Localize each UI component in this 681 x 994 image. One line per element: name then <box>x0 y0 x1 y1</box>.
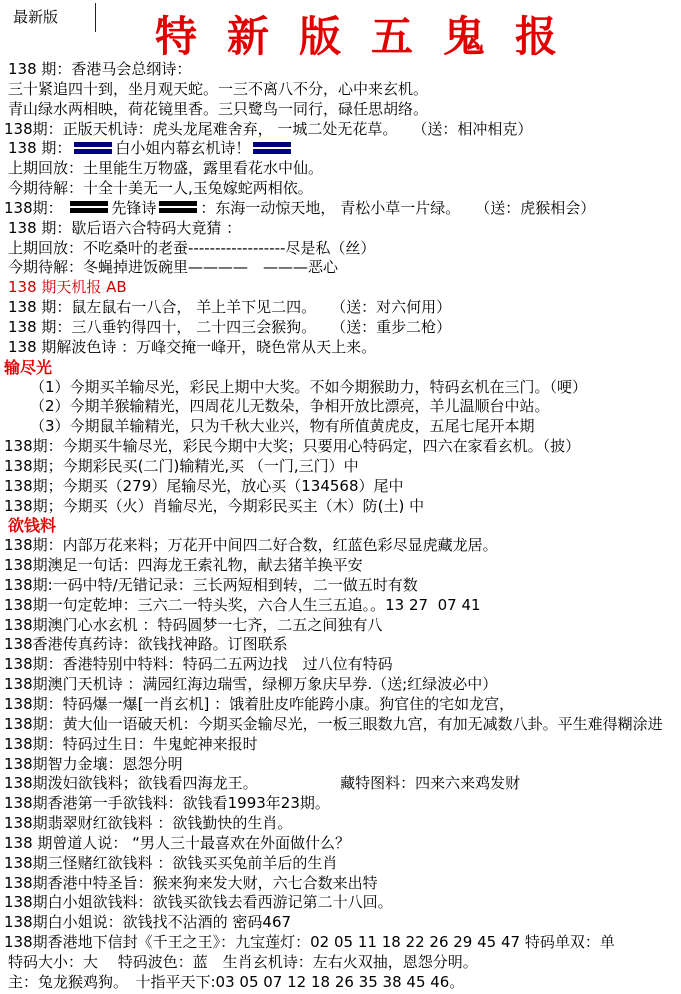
text-line: 138期香港第一手欲钱料：欲钱看1993年23期。 <box>0 794 681 814</box>
text-line: 138期：黄大仙一语破天机：今期买金输尽光，一板三眼数九宫，有加无减数八卦。平生… <box>0 715 681 735</box>
text-segment: 138 期： <box>8 139 71 157</box>
text-line: （3）今期鼠羊输精光，只为千秋大业兴，物有所值黄虎皮，五尾七尾开本期 <box>0 417 681 437</box>
text-segment: 138期智力金壤：恩怨分明 <box>4 755 183 773</box>
text-segment: 先锋诗 <box>111 199 156 217</box>
lottery-tip-sheet: 最新版 特新版五鬼报 138 期：香港马会总纲诗：三十紧追四十到，坐月观天蛇。一… <box>0 0 681 994</box>
text-line: 138期一句定乾坤：三六二一特头奖，六合人生三五追。。13 27 07 41 <box>0 596 681 616</box>
text-line: 青山绿水两相映，荷花镜里香。三只鹭鸟一同行，碌任思胡络。 <box>0 100 681 120</box>
text-segment: （1）今期买羊输尽光，彩民上期中大奖。不如今期猴助力，特码玄机在三门。（哽） <box>30 378 587 396</box>
text-segment: 欲钱料 <box>8 516 56 535</box>
text-segment: 138期澳门心水玄机 ：特码圆梦一七齐，二五之间独有八 <box>4 616 382 634</box>
text-segment: 138期白小姐说：欲钱找不沾酒的 密码467 <box>4 913 291 931</box>
text-segment: 138期；今期买（火）肖输尽光，今期彩民买主（木）防(土) 中 <box>4 497 424 515</box>
text-segment: 138期；今期彩民买(二门)输精光,买 （一门,三门）中 <box>4 457 359 475</box>
text-line: 138期三怪赌红欲钱料 ：欲钱买买兔前羊后的生肖 <box>0 854 681 874</box>
double-bar-icon <box>253 142 291 154</box>
text-segment: 138期澳门天机诗 ：满园红海边瑞雪，绿柳万象庆早券.（送;红绿波必中） <box>4 675 497 693</box>
text-segment: 138 期：三八垂钓得四十， 二十四三会猴狗。 （送：重步二枪） <box>8 318 451 336</box>
text-segment: 138期泼妇欲钱料；欲钱看四海龙王。 藏特图料：四来六来鸡发财 <box>4 774 520 792</box>
text-line: 138 期：鼠左鼠右一八合， 羊上羊下见二四。 （送：对六何用） <box>0 298 681 318</box>
text-line: 主：兔龙猴鸡狗。 十指平天下:03 05 07 12 18 26 35 38 4… <box>0 973 681 993</box>
text-line: 138香港传真药诗：欲钱找神路。订图联系 <box>0 635 681 655</box>
text-segment: 138期： <box>4 199 67 217</box>
text-segment: 138期：内部万花来料；万花开中间四二好合数，红蓝色彩尽显虎藏龙居。 <box>4 536 498 554</box>
text-segment: 特码大小：大 特码波色：蓝 生肖玄机诗：左右火双抽，恩怨分明。 <box>8 953 478 971</box>
text-line: 138期:一码中特/无错记录：三长两短相到转，二一做五时有数 <box>0 576 681 596</box>
text-line: 138期澳门天机诗 ：满园红海边瑞雪，绿柳万象庆早券.（送;红绿波必中） <box>0 675 681 695</box>
text-segment: （3）今期鼠羊输精光，只为千秋大业兴，物有所值黄虎皮，五尾七尾开本期 <box>30 417 535 435</box>
text-segment: 138期一句定乾坤：三六二一特头奖，六合人生三五追。。13 27 07 41 <box>4 596 481 614</box>
text-segment: 138期翡翠财红欲钱料 ：欲钱勤快的生肖。 <box>4 814 292 832</box>
double-bar-icon <box>70 201 108 213</box>
text-line: 上期回放：不吃桑叶的老蚕------------------尽是私（丝） <box>0 239 681 259</box>
text-line: 138期：香港特别中特料：特码二五两边找 过八位有特码 <box>0 655 681 675</box>
text-segment: 今期待解：十全十美无一人,玉兔嫁蛇两相依。 <box>8 179 313 197</box>
text-segment: 输尽光 <box>4 358 52 377</box>
text-segment: 138期香港中特圣旨：猴来狗来发大财，六七合数来出特 <box>4 874 378 892</box>
text-segment: 138期：正版天机诗：虎头龙尾难舍弃， 一城二处无花草。 （送：相冲相克） <box>4 120 532 138</box>
text-line: 今期待解：冬蝇掉进饭碗里———— ———恶心 <box>0 258 681 278</box>
text-segment: 138 期曾道人说： “男人三十最喜欢在外面做什么？ <box>4 834 350 852</box>
document-body: 138 期：香港马会总纲诗：三十紧追四十到，坐月观天蛇。一三不离八不分，心中来玄… <box>0 60 681 993</box>
text-line: 138期香港中特圣旨：猴来狗来发大财，六七合数来出特 <box>0 874 681 894</box>
text-line: 138期澳足一句话：四海龙王索礼物，献去猪羊换平安 <box>0 556 681 576</box>
text-line: 138期泼妇欲钱料；欲钱看四海龙王。 藏特图料：四来六来鸡发财 <box>0 774 681 794</box>
section-heading-tianjibao: 138 期天机报 AB <box>0 278 681 298</box>
text-segment: 上期回放：土里能生万物盛，露里看花水中仙。 <box>8 159 323 177</box>
text-line: 138期白小姐欲钱料：欲钱买欲钱去看西游记第二十八回。 <box>0 893 681 913</box>
text-segment: 138 期：鼠左鼠右一八合， 羊上羊下见二四。 （送：对六何用） <box>8 298 451 316</box>
text-line: 138期：特码爆一爆[一肖玄机] ：饿着肚皮咋能跨小康。狗官住的宅如龙宫， <box>0 695 681 715</box>
text-segment: 白小姐内幕玄机诗！ <box>115 139 250 157</box>
text-line: （2）今期羊猴输精光，四周花儿无数朵，争相开放比漂亮，羊儿温顺台中站。 <box>0 397 681 417</box>
text-segment: 138期三怪赌红欲钱料 ：欲钱买买兔前羊后的生肖 <box>4 854 337 872</box>
text-line: 138 期：香港马会总纲诗： <box>0 60 681 80</box>
text-segment: 青山绿水两相映，荷花镜里香。三只鹭鸟一同行，碌任思胡络。 <box>8 100 428 118</box>
text-line: 138期：今期买牛输尽光，彩民今期中大奖；只要用心特码定，四六在家看玄机。（披） <box>0 437 681 457</box>
double-bar-icon <box>74 142 112 154</box>
header: 最新版 特新版五鬼报 <box>0 0 681 58</box>
header-divider <box>95 3 96 32</box>
text-line: 138 期：歇后语六合特码大竟猜 ： <box>0 219 681 239</box>
text-line: 138期白小姐说：欲钱找不沾酒的 密码467 <box>0 913 681 933</box>
text-segment: 138期：香港特别中特料：特码二五两边找 过八位有特码 <box>4 655 393 673</box>
text-line: 138期：特码过生日：牛鬼蛇神来报时 <box>0 735 681 755</box>
text-line: 138期；今期彩民买(二门)输精光,买 （一门,三门）中 <box>0 457 681 477</box>
section-heading-yuqianliao: 欲钱料 <box>0 516 681 536</box>
text-segment: 138 期：歇后语六合特码大竟猜 ： <box>8 219 241 237</box>
text-segment: 138期香港第一手欲钱料：欲钱看1993年23期。 <box>4 794 330 812</box>
text-segment: 138期：特码过生日：牛鬼蛇神来报时 <box>4 735 258 753</box>
text-line: 138 期：白小姐内幕玄机诗！ <box>0 139 681 159</box>
text-line: 138期：内部万花来料；万花开中间四二好合数，红蓝色彩尽显虎藏龙居。 <box>0 536 681 556</box>
text-line: 138期香港地下信封《千王之王》：九宝莲灯：02 05 11 18 22 26 … <box>0 933 681 953</box>
text-segment: 今期待解：冬蝇掉进饭碗里———— ———恶心 <box>8 258 338 276</box>
text-segment: 138期白小姐欲钱料：欲钱买欲钱去看西游记第二十八回。 <box>4 893 393 911</box>
text-segment: 主：兔龙猴鸡狗。 十指平天下:03 05 07 12 18 26 35 38 4… <box>8 973 464 991</box>
text-line: 138 期：三八垂钓得四十， 二十四三会猴狗。 （送：重步二枪） <box>0 318 681 338</box>
text-segment: 138香港传真药诗：欲钱找神路。订图联系 <box>4 635 288 653</box>
page-title: 特新版五鬼报 <box>155 4 587 64</box>
text-segment: 138期澳足一句话：四海龙王索礼物，献去猪羊换平安 <box>4 556 363 574</box>
section-heading-shujinguang: 输尽光 <box>0 358 681 378</box>
text-line: 138期澳门心水玄机 ：特码圆梦一七齐，二五之间独有八 <box>0 616 681 636</box>
text-segment: 上期回放：不吃桑叶的老蚕------------------尽是私（丝） <box>8 239 375 257</box>
text-line: 特码大小：大 特码波色：蓝 生肖玄机诗：左右火双抽，恩怨分明。 <box>0 953 681 973</box>
text-segment: （2）今期羊猴输精光，四周花儿无数朵，争相开放比漂亮，羊儿温顺台中站。 <box>30 397 550 415</box>
text-segment: 138期：特码爆一爆[一肖玄机] ：饿着肚皮咋能跨小康。狗官住的宅如龙宫， <box>4 695 514 713</box>
text-segment: 138期：今期买牛输尽光，彩民今期中大奖；只要用心特码定，四六在家看玄机。（披） <box>4 437 580 455</box>
text-segment: 138 期天机报 AB <box>8 278 127 296</box>
text-line: 138期翡翠财红欲钱料 ：欲钱勤快的生肖。 <box>0 814 681 834</box>
text-line: 138期：正版天机诗：虎头龙尾难舍弃， 一城二处无花草。 （送：相冲相克） <box>0 120 681 140</box>
text-segment: 138期：黄大仙一语破天机：今期买金输尽光，一板三眼数九宫，有加无减数八卦。平生… <box>4 715 663 733</box>
text-line: 三十紧追四十到，坐月观天蛇。一三不离八不分，心中来玄机。 <box>0 80 681 100</box>
text-line: （1）今期买羊输尽光，彩民上期中大奖。不如今期猴助力，特码玄机在三门。（哽） <box>0 378 681 398</box>
text-line: 上期回放：土里能生万物盛，露里看花水中仙。 <box>0 159 681 179</box>
text-line: 138期： 先锋诗：东海一动惊天地， 青松小草一片绿。 （送：虎猴相会） <box>0 199 681 219</box>
text-segment: 138期香港地下信封《千王之王》：九宝莲灯：02 05 11 18 22 26 … <box>4 933 615 951</box>
text-line: 138期；今期买（火）肖输尽光，今期彩民买主（木）防(土) 中 <box>0 497 681 517</box>
text-segment: 138 期：香港马会总纲诗： <box>8 60 191 78</box>
text-line: 138 期解波色诗 ：万峰交掩一峰开，晓色常从天上来。 <box>0 338 681 358</box>
text-segment: 三十紧追四十到，坐月观天蛇。一三不离八不分，心中来玄机。 <box>8 80 428 98</box>
edition-label: 最新版 <box>13 6 58 27</box>
text-line: 138 期曾道人说： “男人三十最喜欢在外面做什么？ <box>0 834 681 854</box>
double-bar-icon <box>159 201 197 213</box>
text-segment: ：东海一动惊天地， 青松小草一片绿。 （送：虎猴相会） <box>200 199 595 217</box>
text-segment: 138期；今期买（279）尾输尽光，放心买（134568）尾中 <box>4 477 404 495</box>
text-line: 138期；今期买（279）尾输尽光，放心买（134568）尾中 <box>0 477 681 497</box>
text-segment: 138 期解波色诗 ：万峰交掩一峰开，晓色常从天上来。 <box>8 338 376 356</box>
text-line: 138期智力金壤：恩怨分明 <box>0 755 681 775</box>
text-line: 今期待解：十全十美无一人,玉兔嫁蛇两相依。 <box>0 179 681 199</box>
text-segment: 138期:一码中特/无错记录：三长两短相到转，二一做五时有数 <box>4 576 418 594</box>
